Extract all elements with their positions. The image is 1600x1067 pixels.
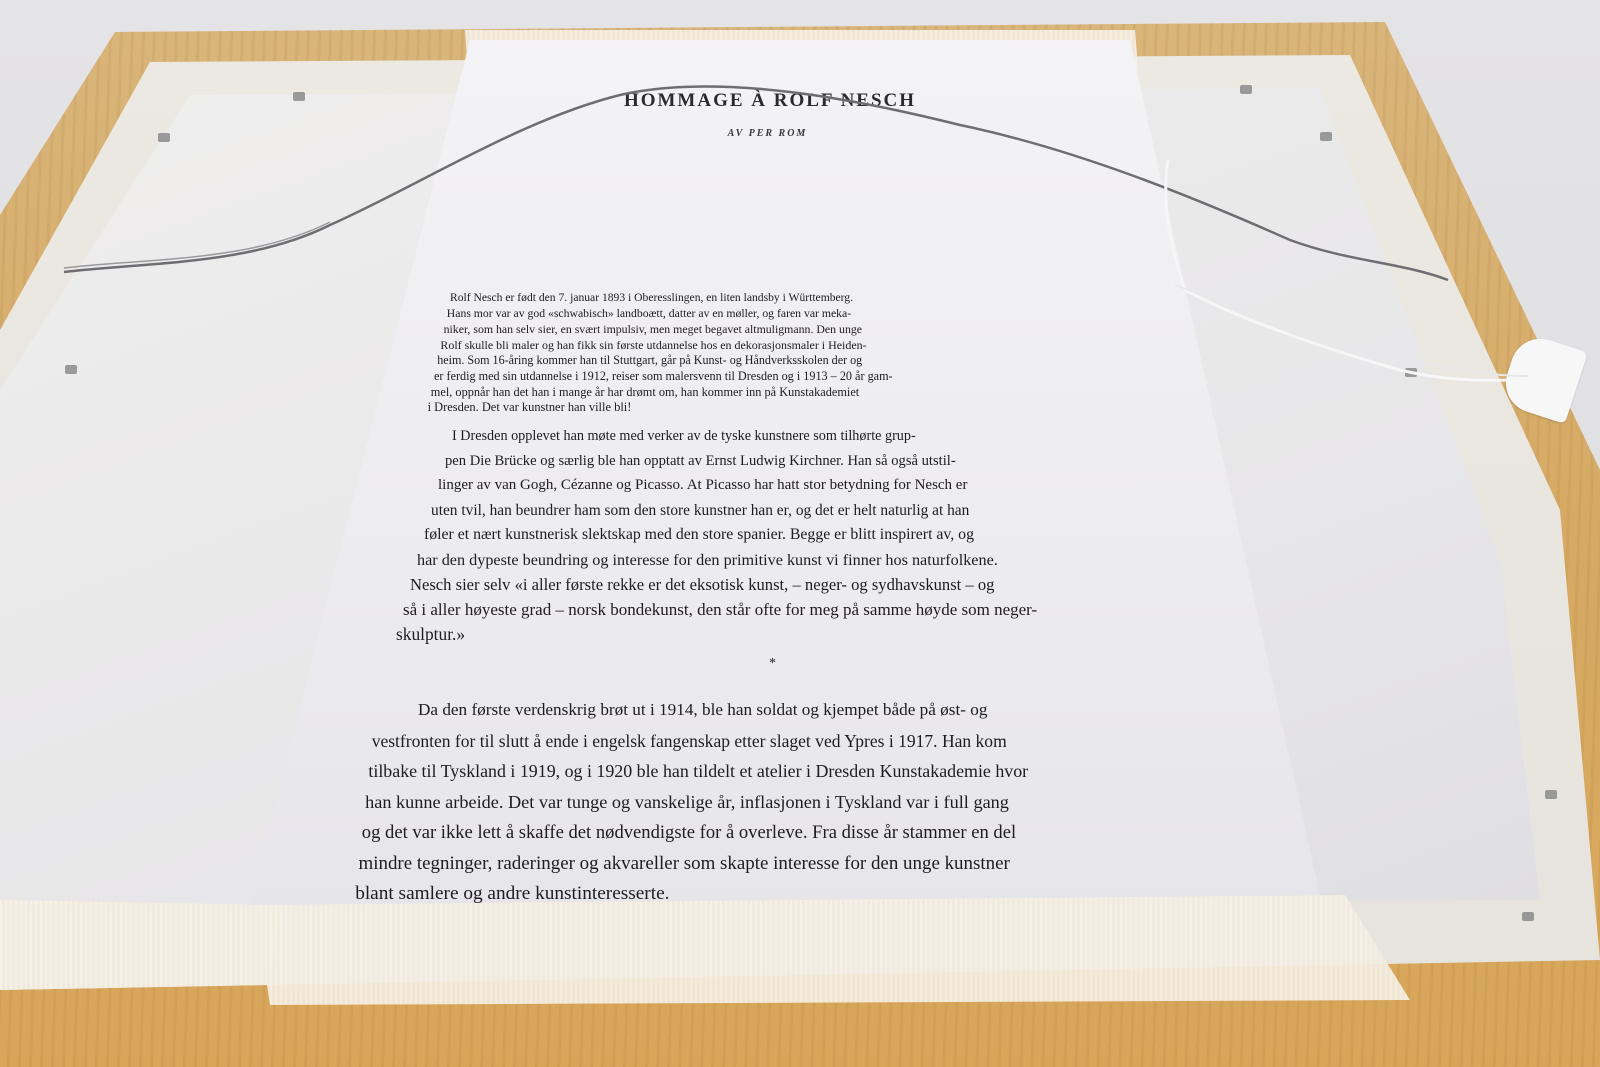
- text-line: Hans mor var av god «schwabisch» landboæ…: [447, 307, 851, 320]
- document-title: HOMMAGE À ROLF NESCH: [0, 90, 1540, 112]
- text-line: så i aller høyeste grad – norsk bondekun…: [403, 600, 1037, 620]
- text-line: I Dresden opplevet han møte med verker a…: [452, 428, 916, 445]
- document-byline: AV PER ROM: [0, 128, 1535, 139]
- text-line: Nesch sier selv «i aller første rekke er…: [410, 575, 994, 595]
- text-line: Da den første verdenskrig brøt ut i 1914…: [418, 700, 987, 720]
- text-line: og det var ikke lett å skaffe det nødven…: [362, 822, 1016, 844]
- text-line: tilbake til Tyskland i 1919, og i 1920 b…: [368, 761, 1028, 782]
- text-line: mindre tegninger, raderinger og akvarell…: [359, 853, 1010, 875]
- text-line: heim. Som 16-åring kommer han til Stuttg…: [437, 353, 862, 368]
- text-line: Rolf Nesch er født den 7. januar 1893 i …: [450, 291, 853, 304]
- frame-point-fastener: [65, 365, 77, 374]
- text-line: linger av van Gogh, Cézanne og Picasso. …: [438, 477, 967, 494]
- frame-point-fastener: [1405, 368, 1417, 377]
- text-line: har den dypeste beundring og interesse f…: [417, 551, 998, 570]
- text-line: Rolf skulle bli maler og han fikk sin fø…: [440, 338, 866, 353]
- frame-point-fastener: [1545, 790, 1557, 799]
- framed-artwork-back: HOMMAGE À ROLF NESCH AV PER ROM Rolf Nes…: [0, 0, 1600, 1067]
- text-line: pen Die Brücke og særlig ble han opptatt…: [445, 453, 956, 470]
- text-line: mel, oppnår han det han i mange år har d…: [431, 385, 859, 400]
- text-line: er ferdig med sin utdannelse i 1912, rei…: [434, 369, 893, 384]
- text-line: føler et nært kunstnerisk slektskap med …: [424, 526, 974, 544]
- section-separator: *: [769, 656, 776, 672]
- text-line: uten tvil, han beundrer ham som den stor…: [431, 502, 969, 520]
- text-line: i Dresden. Det var kunstner han ville bl…: [428, 400, 632, 415]
- text-line: han kunne arbeide. Det var tunge og vans…: [365, 792, 1009, 813]
- text-line: skulptur.»: [396, 624, 465, 645]
- text-line: vestfronten for til slutt å ende i engel…: [372, 731, 1007, 752]
- text-line: niker, som han selv sier, en svært impul…: [444, 322, 862, 337]
- frame-point-fastener: [1522, 912, 1534, 921]
